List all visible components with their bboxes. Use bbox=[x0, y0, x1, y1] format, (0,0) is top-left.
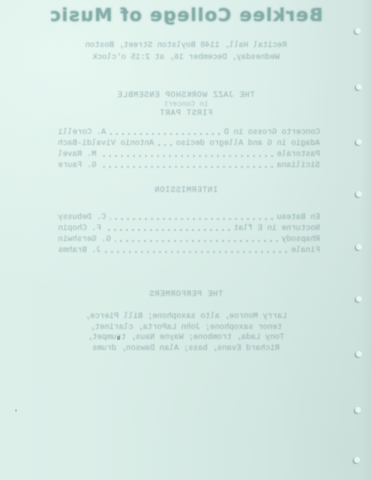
piece-title: En Bateau bbox=[277, 213, 320, 222]
program-row: Pastorale M. Ravel bbox=[58, 148, 320, 159]
pencil-speck bbox=[117, 336, 120, 340]
date-line: Wednesday, December 16, at 2:15 o'clock bbox=[0, 53, 372, 63]
composer-name: F. Chopin bbox=[58, 224, 101, 233]
dot-leader bbox=[100, 154, 272, 157]
dot-leader bbox=[100, 165, 272, 168]
performer-line: Richard Evans, bass; Alan Dawson, drums bbox=[0, 344, 372, 355]
scanned-paper-page: Berklee College of Music Recital Hall, 1… bbox=[0, 0, 372, 480]
binding-hole-mark bbox=[356, 244, 362, 250]
binding-hole-mark bbox=[355, 407, 361, 413]
intermission-heading: INTERMISSION bbox=[0, 186, 372, 196]
binding-hole-mark bbox=[356, 351, 362, 357]
dot-leader bbox=[110, 132, 220, 135]
binding-hole-mark bbox=[356, 296, 362, 302]
binding-hole-mark bbox=[356, 191, 362, 197]
program-row: Siciliana G. Faure bbox=[58, 159, 320, 170]
show-through-text-layer: Berklee College of Music Recital Hall, 1… bbox=[0, 0, 372, 480]
piece-title: Siciliana bbox=[277, 161, 320, 170]
program-row: Adagio in G and Allegro deciso Antonio V… bbox=[58, 137, 320, 148]
college-masthead: Berklee College of Music bbox=[0, 5, 372, 26]
dot-leader bbox=[158, 143, 172, 146]
program-row: Concerto Grosso in D A. Corelli bbox=[58, 126, 320, 137]
program-list-part1: Concerto Grosso in D A. Corelli Adagio i… bbox=[58, 126, 320, 170]
piece-title: Pastorale bbox=[277, 150, 320, 159]
binding-hole-mark bbox=[356, 84, 362, 90]
composer-name: Antonio Vivaldi-Bach bbox=[58, 139, 154, 148]
program-row: Rhapsody G. Gershwin bbox=[58, 233, 320, 244]
binding-hole-mark bbox=[356, 139, 362, 145]
program-list-part2: En Bateau C. Debussy Nocturne in E flat … bbox=[58, 211, 320, 255]
piece-title: Finale bbox=[291, 246, 320, 255]
dot-leader bbox=[115, 239, 278, 242]
composer-name: G. Faure bbox=[58, 161, 96, 170]
program-row: Finale J. Brahms bbox=[58, 244, 320, 255]
composer-name: C. Debussy bbox=[58, 213, 106, 222]
program-row: En Bateau C. Debussy bbox=[58, 211, 320, 222]
composer-name: G. Gershwin bbox=[58, 235, 111, 244]
paper-scratch-mark bbox=[15, 409, 17, 412]
composer-name: M. Ravel bbox=[58, 150, 96, 159]
dot-leader bbox=[105, 250, 287, 253]
performer-line: Larry Monroe, alto saxophone; Bill Pierc… bbox=[0, 312, 372, 323]
performer-name-lines: Larry Monroe, alto saxophone; Bill Pierc… bbox=[0, 312, 372, 354]
piece-title: Adagio in G and Allegro deciso bbox=[176, 139, 320, 148]
composer-name: A. Corelli bbox=[58, 128, 106, 137]
venue-line: Recital Hall, 1140 Boylston Street, Bost… bbox=[0, 41, 372, 51]
dot-leader bbox=[105, 228, 229, 231]
performers-heading: THE PERFORMERS bbox=[0, 290, 372, 300]
piece-title: Concerto Grosso in D bbox=[224, 128, 320, 137]
binding-hole-mark bbox=[355, 28, 361, 34]
piece-title: Nocturne in E flat bbox=[234, 224, 320, 233]
dot-leader bbox=[110, 217, 273, 220]
performer-line: tenor saxophone; John LaPorta, clarinet, bbox=[0, 323, 372, 334]
binding-hole-mark bbox=[354, 457, 360, 463]
piece-title: Rhapsody bbox=[282, 235, 320, 244]
composer-name: J. Brahms bbox=[58, 246, 101, 255]
program-row: Nocturne in E flat F. Chopin bbox=[58, 222, 320, 233]
program-part-line: FIRST PART bbox=[0, 109, 372, 119]
performer-line: Tony Lada, trombone; Wayne Naus, trumpet… bbox=[0, 333, 372, 344]
